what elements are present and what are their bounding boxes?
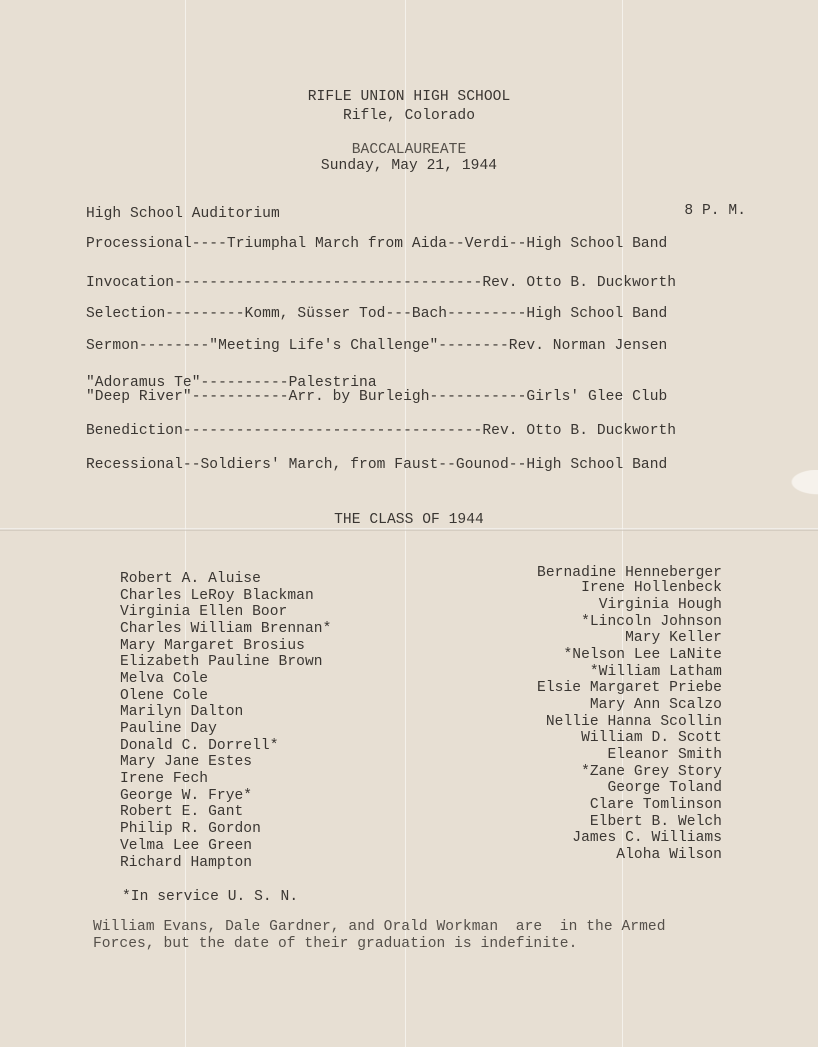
fold-crease-horizontal [0,528,818,531]
venue-time: 8 P. M. [684,203,746,219]
graduate-name: Aloha Wilson [616,847,722,863]
graduate-name: James C. Williams [572,830,722,846]
graduate-name: Mary Ann Scalzo [590,697,722,713]
graduate-name: *Zane Grey Story [581,764,722,780]
graduate-name: Nellie Hanna Scollin [546,714,722,730]
graduate-name: George W. Frye* [120,788,252,804]
graduate-name: Mary Jane Estes [120,754,252,770]
graduate-name: Philip R. Gordon [120,821,261,837]
class-heading: THE CLASS OF 1944 [0,512,818,528]
graduate-name: Velma Lee Green [120,838,252,854]
graduate-name: Irene Fech [120,771,208,787]
graduate-name: William D. Scott [581,730,722,746]
program-item-sermon: Sermon--------"Meeting Life's Challenge"… [86,338,667,354]
graduate-name: Elbert B. Welch [590,814,722,830]
graduate-name: Mary Margaret Brosius [120,638,305,654]
closing-note-line-2: Forces, but the date of their graduation… [93,936,577,952]
program-item-selection: Selection---------Komm, Süsser Tod---Bac… [86,306,667,322]
graduate-name: *Lincoln Johnson [581,614,722,630]
graduate-name: Robert E. Gant [120,804,243,820]
event-date: Sunday, May 21, 1944 [0,158,818,174]
graduate-name: George Toland [608,780,723,796]
program-item-recessional: Recessional--Soldiers' March, from Faust… [86,457,667,473]
graduate-name: *William Latham [590,664,722,680]
footnote-in-service: *In service U. S. N. [122,889,298,905]
school-name: RIFLE UNION HIGH SCHOOL [0,89,818,105]
graduate-name: Eleanor Smith [608,747,723,763]
graduate-name: Olene Cole [120,688,208,704]
paper-tear [758,470,818,510]
graduate-name: Marilyn Dalton [120,704,243,720]
event-title: BACCALAUREATE [0,142,818,158]
graduate-name: Bernadine Henneberger [537,565,722,581]
graduate-name: Pauline Day [120,721,217,737]
graduate-name: Virginia Ellen Boor [120,604,287,620]
closing-note-line-1: William Evans, Dale Gardner, and Orald W… [93,919,666,935]
program-item-deep-river: "Deep River"-----------Arr. by Burleigh-… [86,389,667,405]
graduate-name: Irene Hollenbeck [581,580,722,596]
program-item-invocation: Invocation------------------------------… [86,275,676,291]
program-item-benediction: Benediction-----------------------------… [86,423,676,439]
graduate-name: *Nelson Lee LaNite [563,647,722,663]
venue-place: High School Auditorium [86,206,280,222]
graduate-name: Donald C. Dorrell* [120,738,279,754]
graduate-name: Charles William Brennan* [120,621,331,637]
graduate-name: Elsie Margaret Priebe [537,680,722,696]
graduate-name: Mary Keller [625,630,722,646]
graduate-name: Clare Tomlinson [590,797,722,813]
graduate-name: Elizabeth Pauline Brown [120,654,323,670]
graduate-name: Melva Cole [120,671,208,687]
program-item-processional: Processional----Triumphal March from Aid… [86,236,667,252]
graduate-name: Richard Hampton [120,855,252,871]
graduate-name: Virginia Hough [599,597,722,613]
school-location: Rifle, Colorado [0,108,818,124]
graduate-name: Robert A. Aluise [120,571,261,587]
graduate-name: Charles LeRoy Blackman [120,588,314,604]
